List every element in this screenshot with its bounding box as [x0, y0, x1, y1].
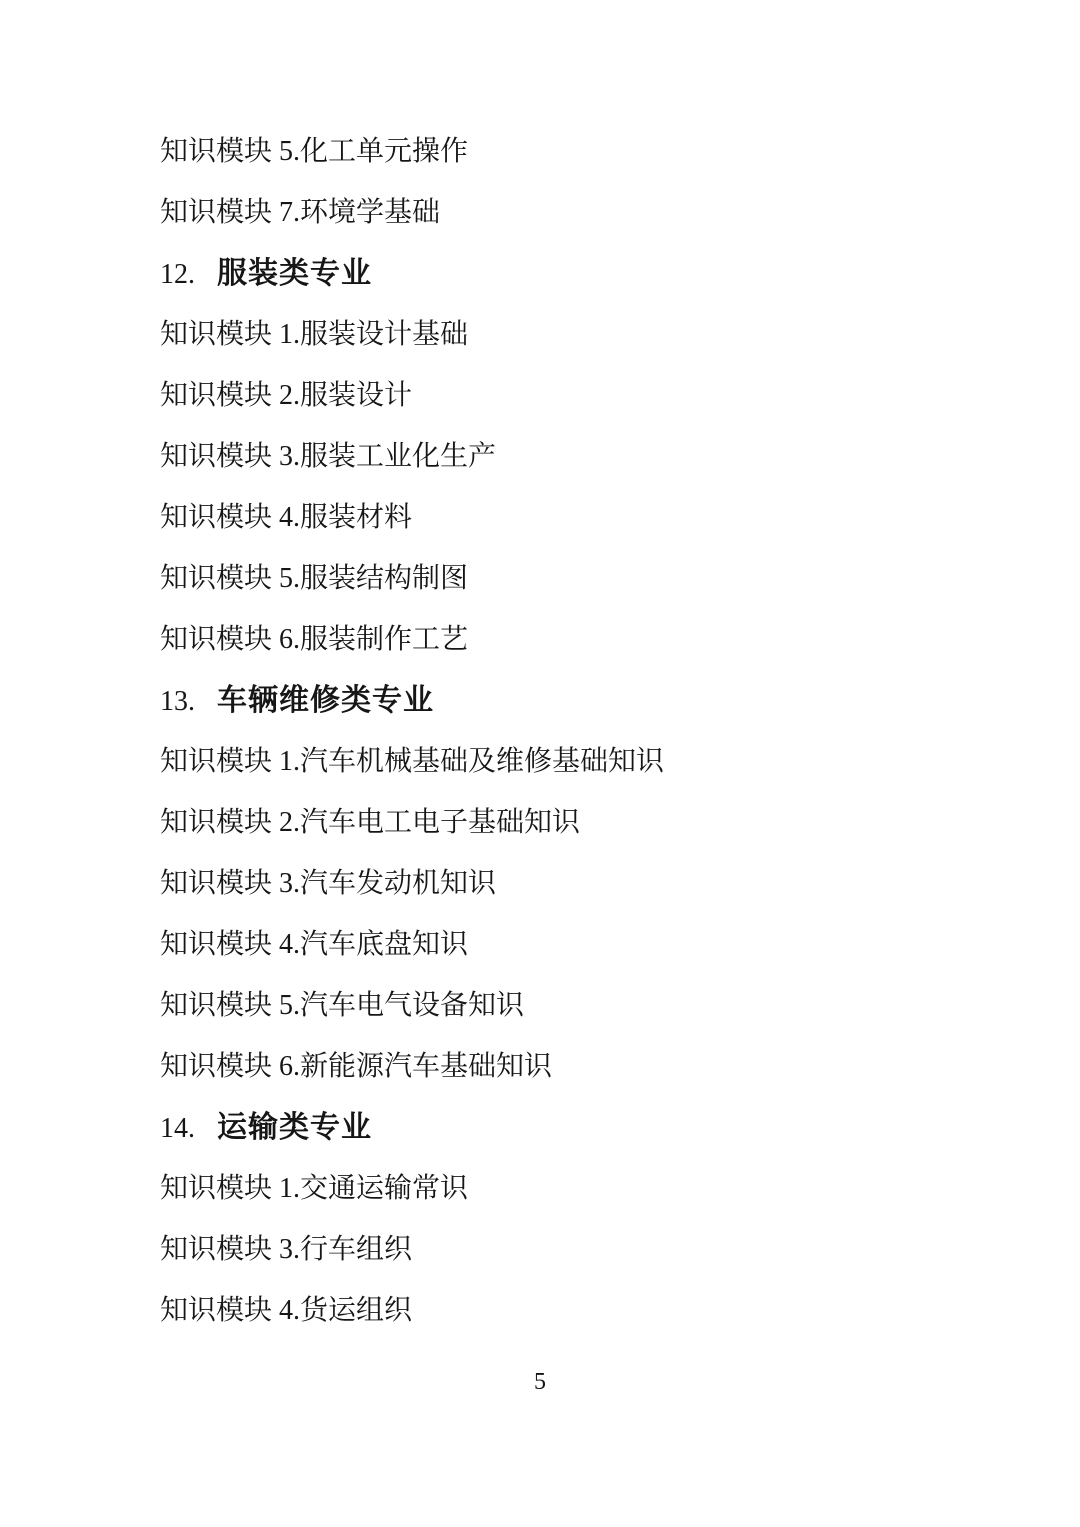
module-line: 知识模块 5.化工单元操作 [160, 138, 1040, 166]
section-heading: 13.车辆维修类专业 [160, 687, 1040, 715]
section-title: 车辆维修类专业 [217, 684, 434, 717]
section-number: 13. [160, 688, 217, 716]
module-line: 知识模块 2.汽车电工电子基础知识 [160, 809, 1040, 837]
section-number: 14. [160, 1115, 217, 1143]
module-line: 知识模块 1.汽车机械基础及维修基础知识 [160, 748, 1040, 776]
module-line: 知识模块 1.服装设计基础 [160, 321, 1040, 349]
section-heading: 12.服装类专业 [160, 260, 1040, 288]
module-line: 知识模块 4.货运组织 [160, 1297, 1040, 1325]
page-number: 5 [0, 1370, 1080, 1394]
module-line: 知识模块 3.汽车发动机知识 [160, 870, 1040, 898]
section-number: 12. [160, 261, 217, 289]
module-line: 知识模块 6.新能源汽车基础知识 [160, 1053, 1040, 1081]
module-line: 知识模块 4.汽车底盘知识 [160, 931, 1040, 959]
module-line: 知识模块 4.服装材料 [160, 504, 1040, 532]
section-title: 运输类专业 [217, 1111, 372, 1144]
section-title: 服装类专业 [217, 257, 372, 290]
module-line: 知识模块 5.汽车电气设备知识 [160, 992, 1040, 1020]
section-heading: 14.运输类专业 [160, 1114, 1040, 1142]
document-body: 知识模块 5.化工单元操作 知识模块 7.环境学基础 12.服装类专业 知识模块… [160, 138, 1040, 1358]
module-line: 知识模块 7.环境学基础 [160, 199, 1040, 227]
document-page: 知识模块 5.化工单元操作 知识模块 7.环境学基础 12.服装类专业 知识模块… [0, 0, 1080, 1527]
module-line: 知识模块 5.服装结构制图 [160, 565, 1040, 593]
module-line: 知识模块 3.服装工业化生产 [160, 443, 1040, 471]
module-line: 知识模块 1.交通运输常识 [160, 1175, 1040, 1203]
module-line: 知识模块 6.服装制作工艺 [160, 626, 1040, 654]
module-line: 知识模块 3.行车组织 [160, 1236, 1040, 1264]
module-line: 知识模块 2.服装设计 [160, 382, 1040, 410]
